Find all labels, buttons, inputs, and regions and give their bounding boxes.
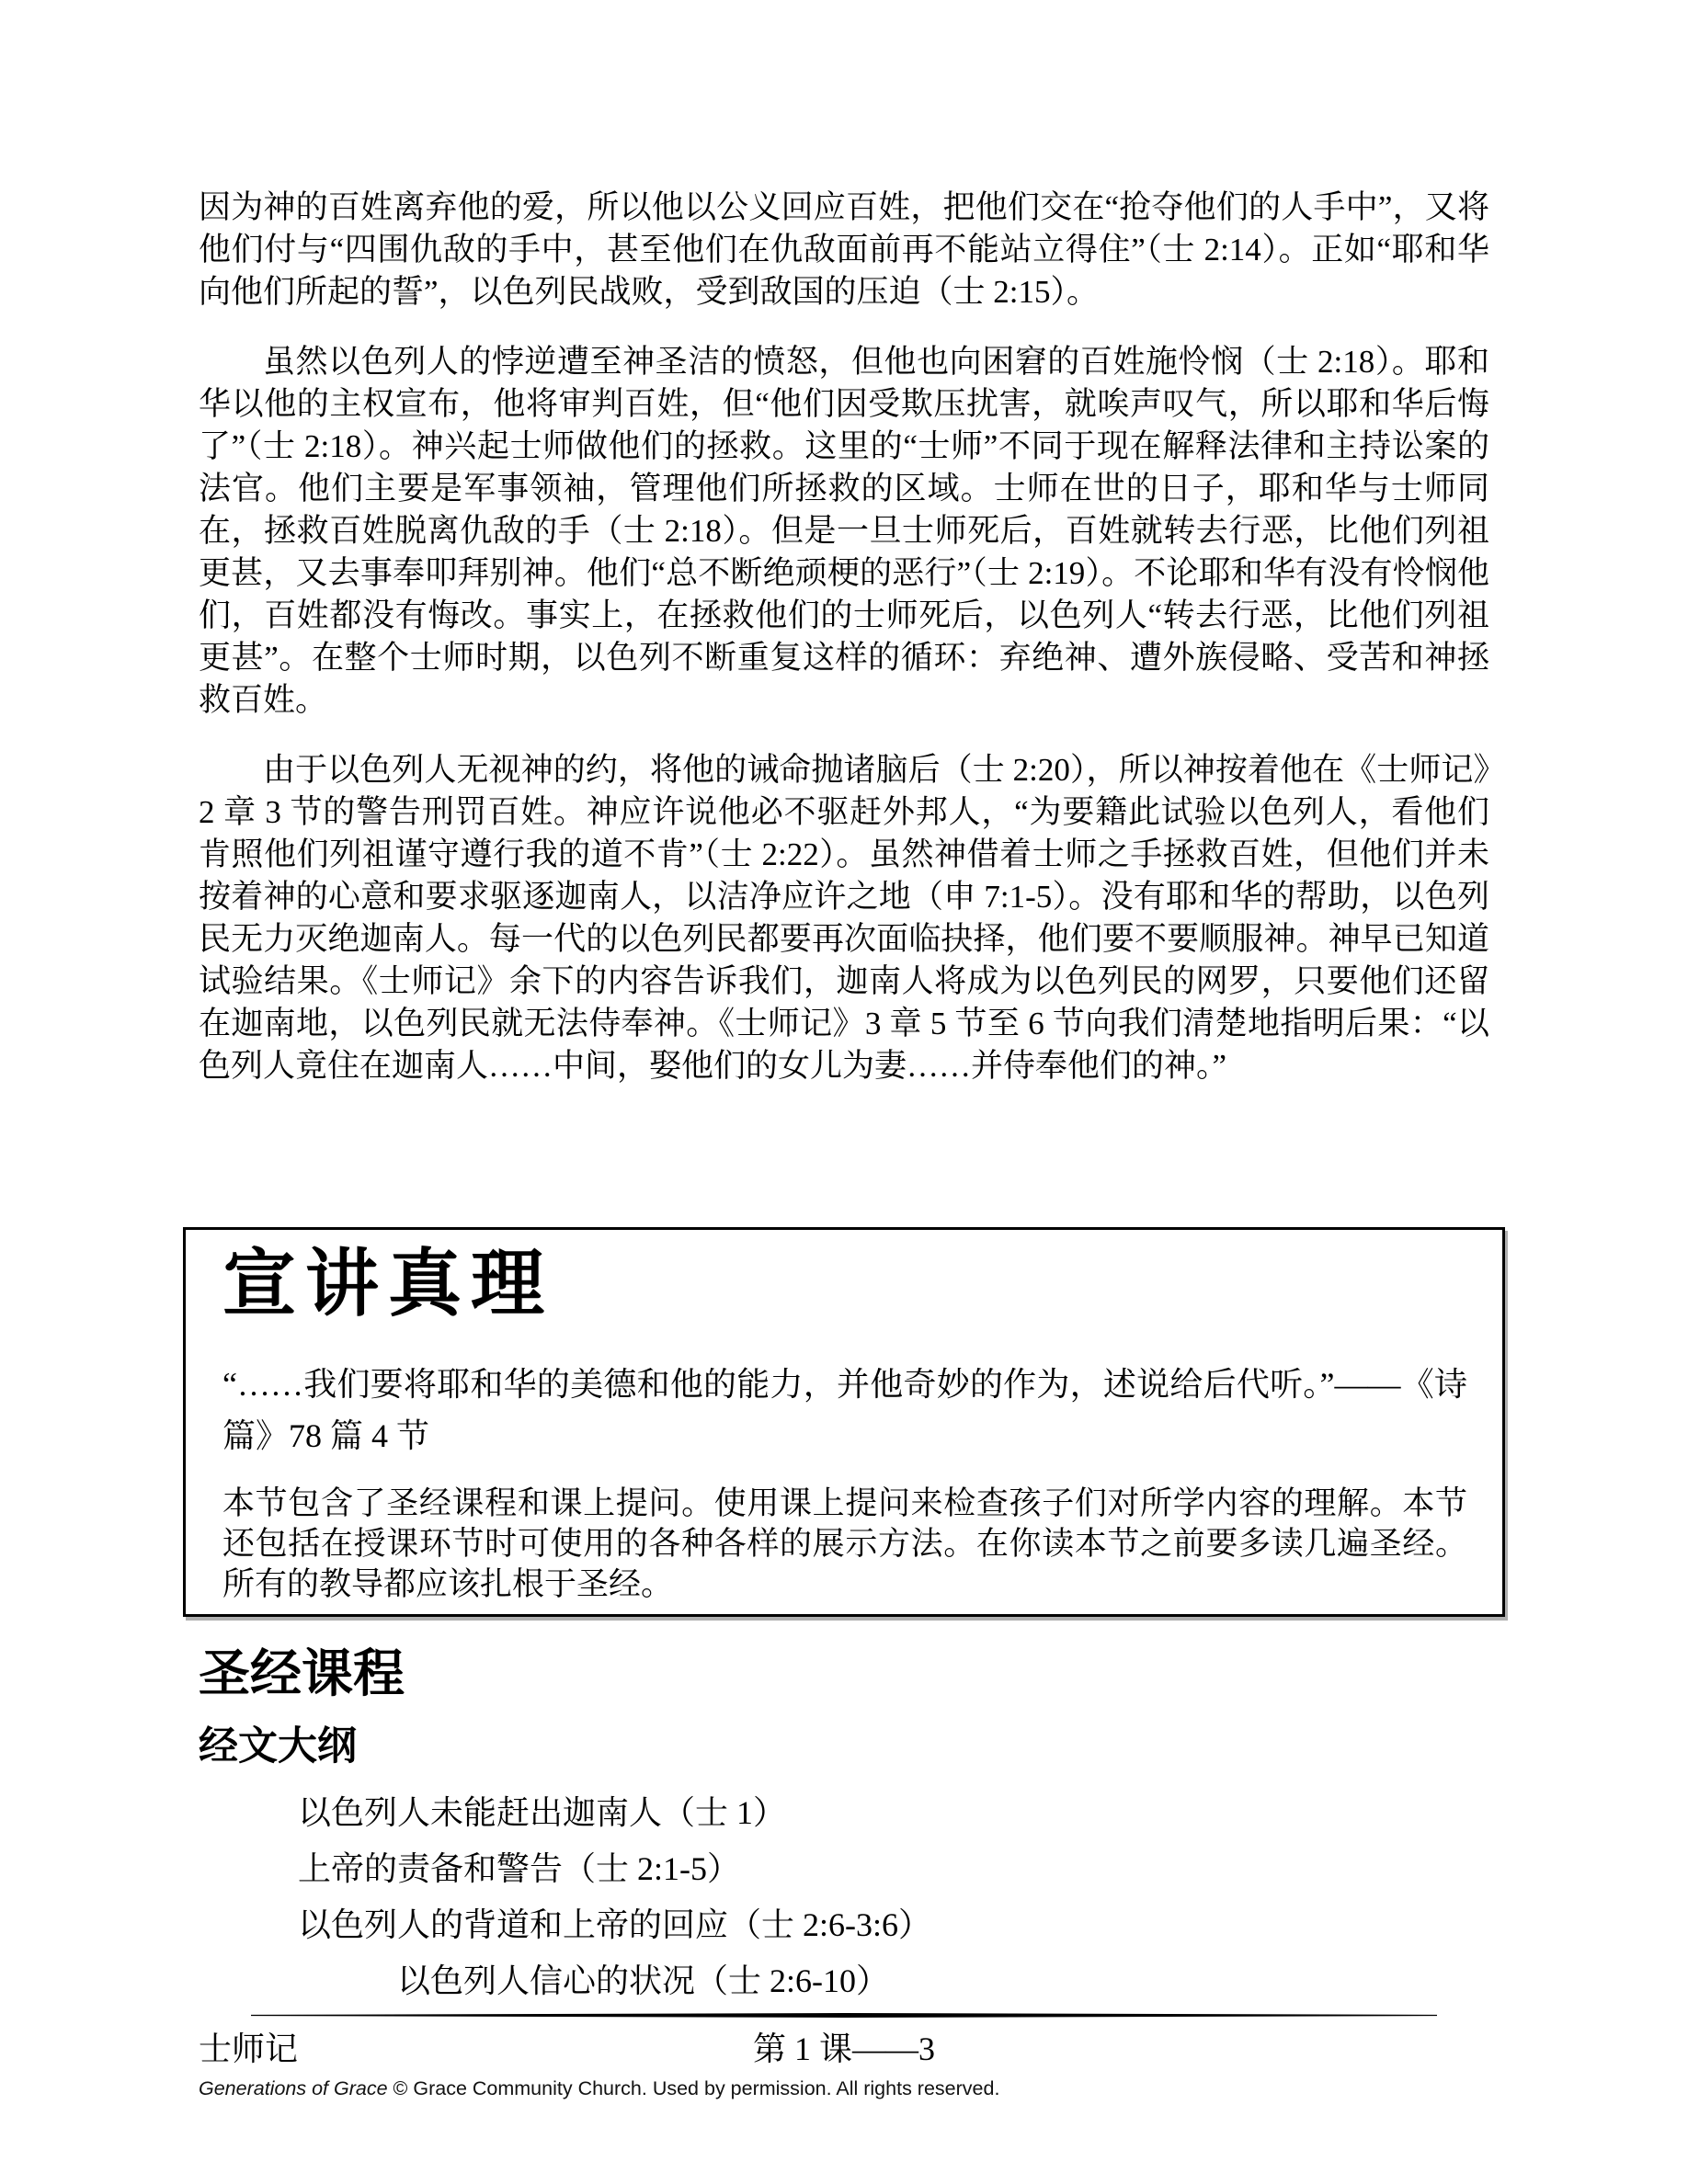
outline-item: 以色列人信心的状况（士 2:6-10）: [199, 1953, 1489, 2009]
outline-item: 上帝的责备和警告（士 2:1-5）: [199, 1841, 1489, 1897]
callout-box: 宣讲真理 “……我们要将耶和华的美德和他的能力，并他奇妙的作为，述说给后代听。”…: [183, 1227, 1505, 1617]
subsection-heading: 经文大纲: [199, 1723, 1489, 1771]
page-footer: 士师记 第 1 课——3 Generations of Grace © Grac…: [199, 2013, 1489, 2100]
page-content: 因为神的百姓离弃他的爱，所以他以公义回应百姓，把他们交在“抢夺他们的人手中”，又…: [199, 187, 1489, 2009]
copyright-series-name: Generations of Grace: [199, 2077, 388, 2099]
section-heading: 圣经课程: [199, 1644, 1489, 1705]
copyright-line: Generations of Grace © Grace Community C…: [199, 2076, 1489, 2100]
body-paragraph-1: 因为神的百姓离弃他的爱，所以他以公义回应百姓，把他们交在“抢夺他们的人手中”，又…: [199, 187, 1489, 313]
document-page: 因为神的百姓离弃他的爱，所以他以公义回应百姓，把他们交在“抢夺他们的人手中”，又…: [0, 0, 1688, 2184]
outline-item: 以色列人的背道和上帝的回应（士 2:6-3:6）: [199, 1897, 1489, 1953]
scripture-outline: 以色列人未能赶出迦南人（士 1） 上帝的责备和警告（士 2:1-5） 以色列人的…: [199, 1785, 1489, 2009]
callout-title: 宣讲真理: [222, 1241, 1467, 1325]
copyright-text: © Grace Community Church. Used by permis…: [388, 2077, 1000, 2099]
footer-page-number: 第 1 课——3: [199, 2030, 1489, 2067]
footer-divider: [251, 2013, 1437, 2018]
outline-item: 以色列人未能赶出迦南人（士 1）: [199, 1785, 1489, 1841]
callout-quote: “……我们要将耶和华的美德和他的能力，并他奇妙的作为，述说给后代听。”——《诗篇…: [222, 1359, 1467, 1462]
footer-row: 士师记 第 1 课——3: [199, 2030, 1489, 2067]
callout-body: 本节包含了圣经课程和课上提问。使用课上提问来检查孩子们对所学内容的理解。本节还包…: [222, 1484, 1467, 1605]
body-paragraph-2: 虽然以色列人的悖逆遭至神圣洁的愤怒，但他也向困窘的百姓施怜悯（士 2:18）。耶…: [199, 341, 1489, 722]
body-paragraph-3: 由于以色列人无视神的约，将他的诫命抛诸脑后（士 2:20），所以神按着他在《士师…: [199, 749, 1489, 1087]
